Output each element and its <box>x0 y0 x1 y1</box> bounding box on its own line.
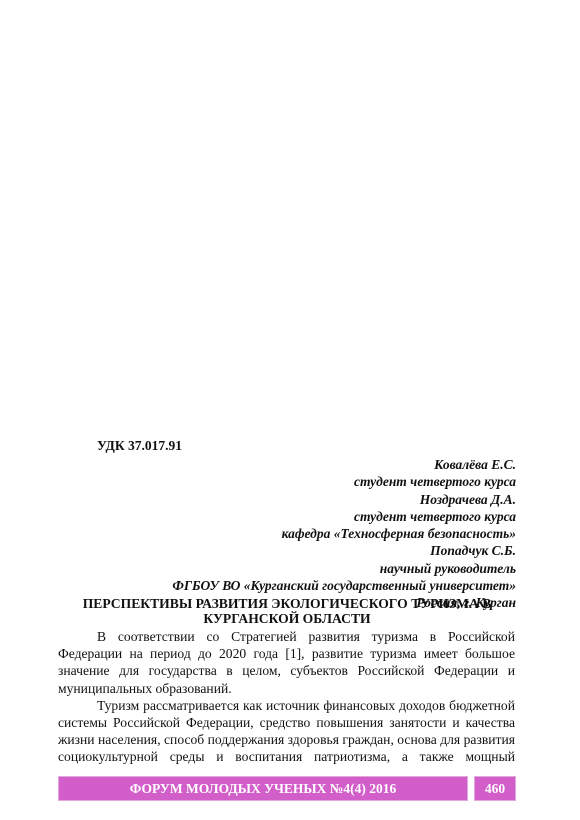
supervisor-role: научный руководитель <box>96 560 516 577</box>
journal-footer: ФОРУМ МОЛОДЫХ УЧЕНЫХ №4(4) 2016 <box>58 776 468 801</box>
author-block: Ковалёва Е.С. студент четвертого курса Н… <box>96 456 516 612</box>
paragraph: Туризм рассматривается как источник фина… <box>58 697 515 766</box>
author-position: студент четвертого курса <box>96 508 516 525</box>
page-number: 460 <box>474 776 516 801</box>
article-title-line: КУРГАНСКОЙ ОБЛАСТИ <box>58 611 516 626</box>
article-title-line: ПЕРСПЕКТИВЫ РАЗВИТИЯ ЭКОЛОГИЧЕСКОГО ТУРИ… <box>58 596 516 611</box>
author-name: Ковалёва Е.С. <box>96 456 516 473</box>
university: ФГБОУ ВО «Курганский государственный уни… <box>96 577 516 594</box>
paragraph: В соответствии со Стратегией развития ту… <box>58 628 515 697</box>
udk-code: УДК 37.017.91 <box>97 438 182 454</box>
author-name: Ноздрачева Д.А. <box>96 491 516 508</box>
supervisor-name: Попадчук С.Б. <box>96 542 516 559</box>
article-body: В соответствии со Стратегией развития ту… <box>58 628 515 766</box>
article-title: ПЕРСПЕКТИВЫ РАЗВИТИЯ ЭКОЛОГИЧЕСКОГО ТУРИ… <box>58 596 516 626</box>
department: кафедра «Техносферная безопасность» <box>96 525 516 542</box>
author-position: студент четвертого курса <box>96 473 516 490</box>
